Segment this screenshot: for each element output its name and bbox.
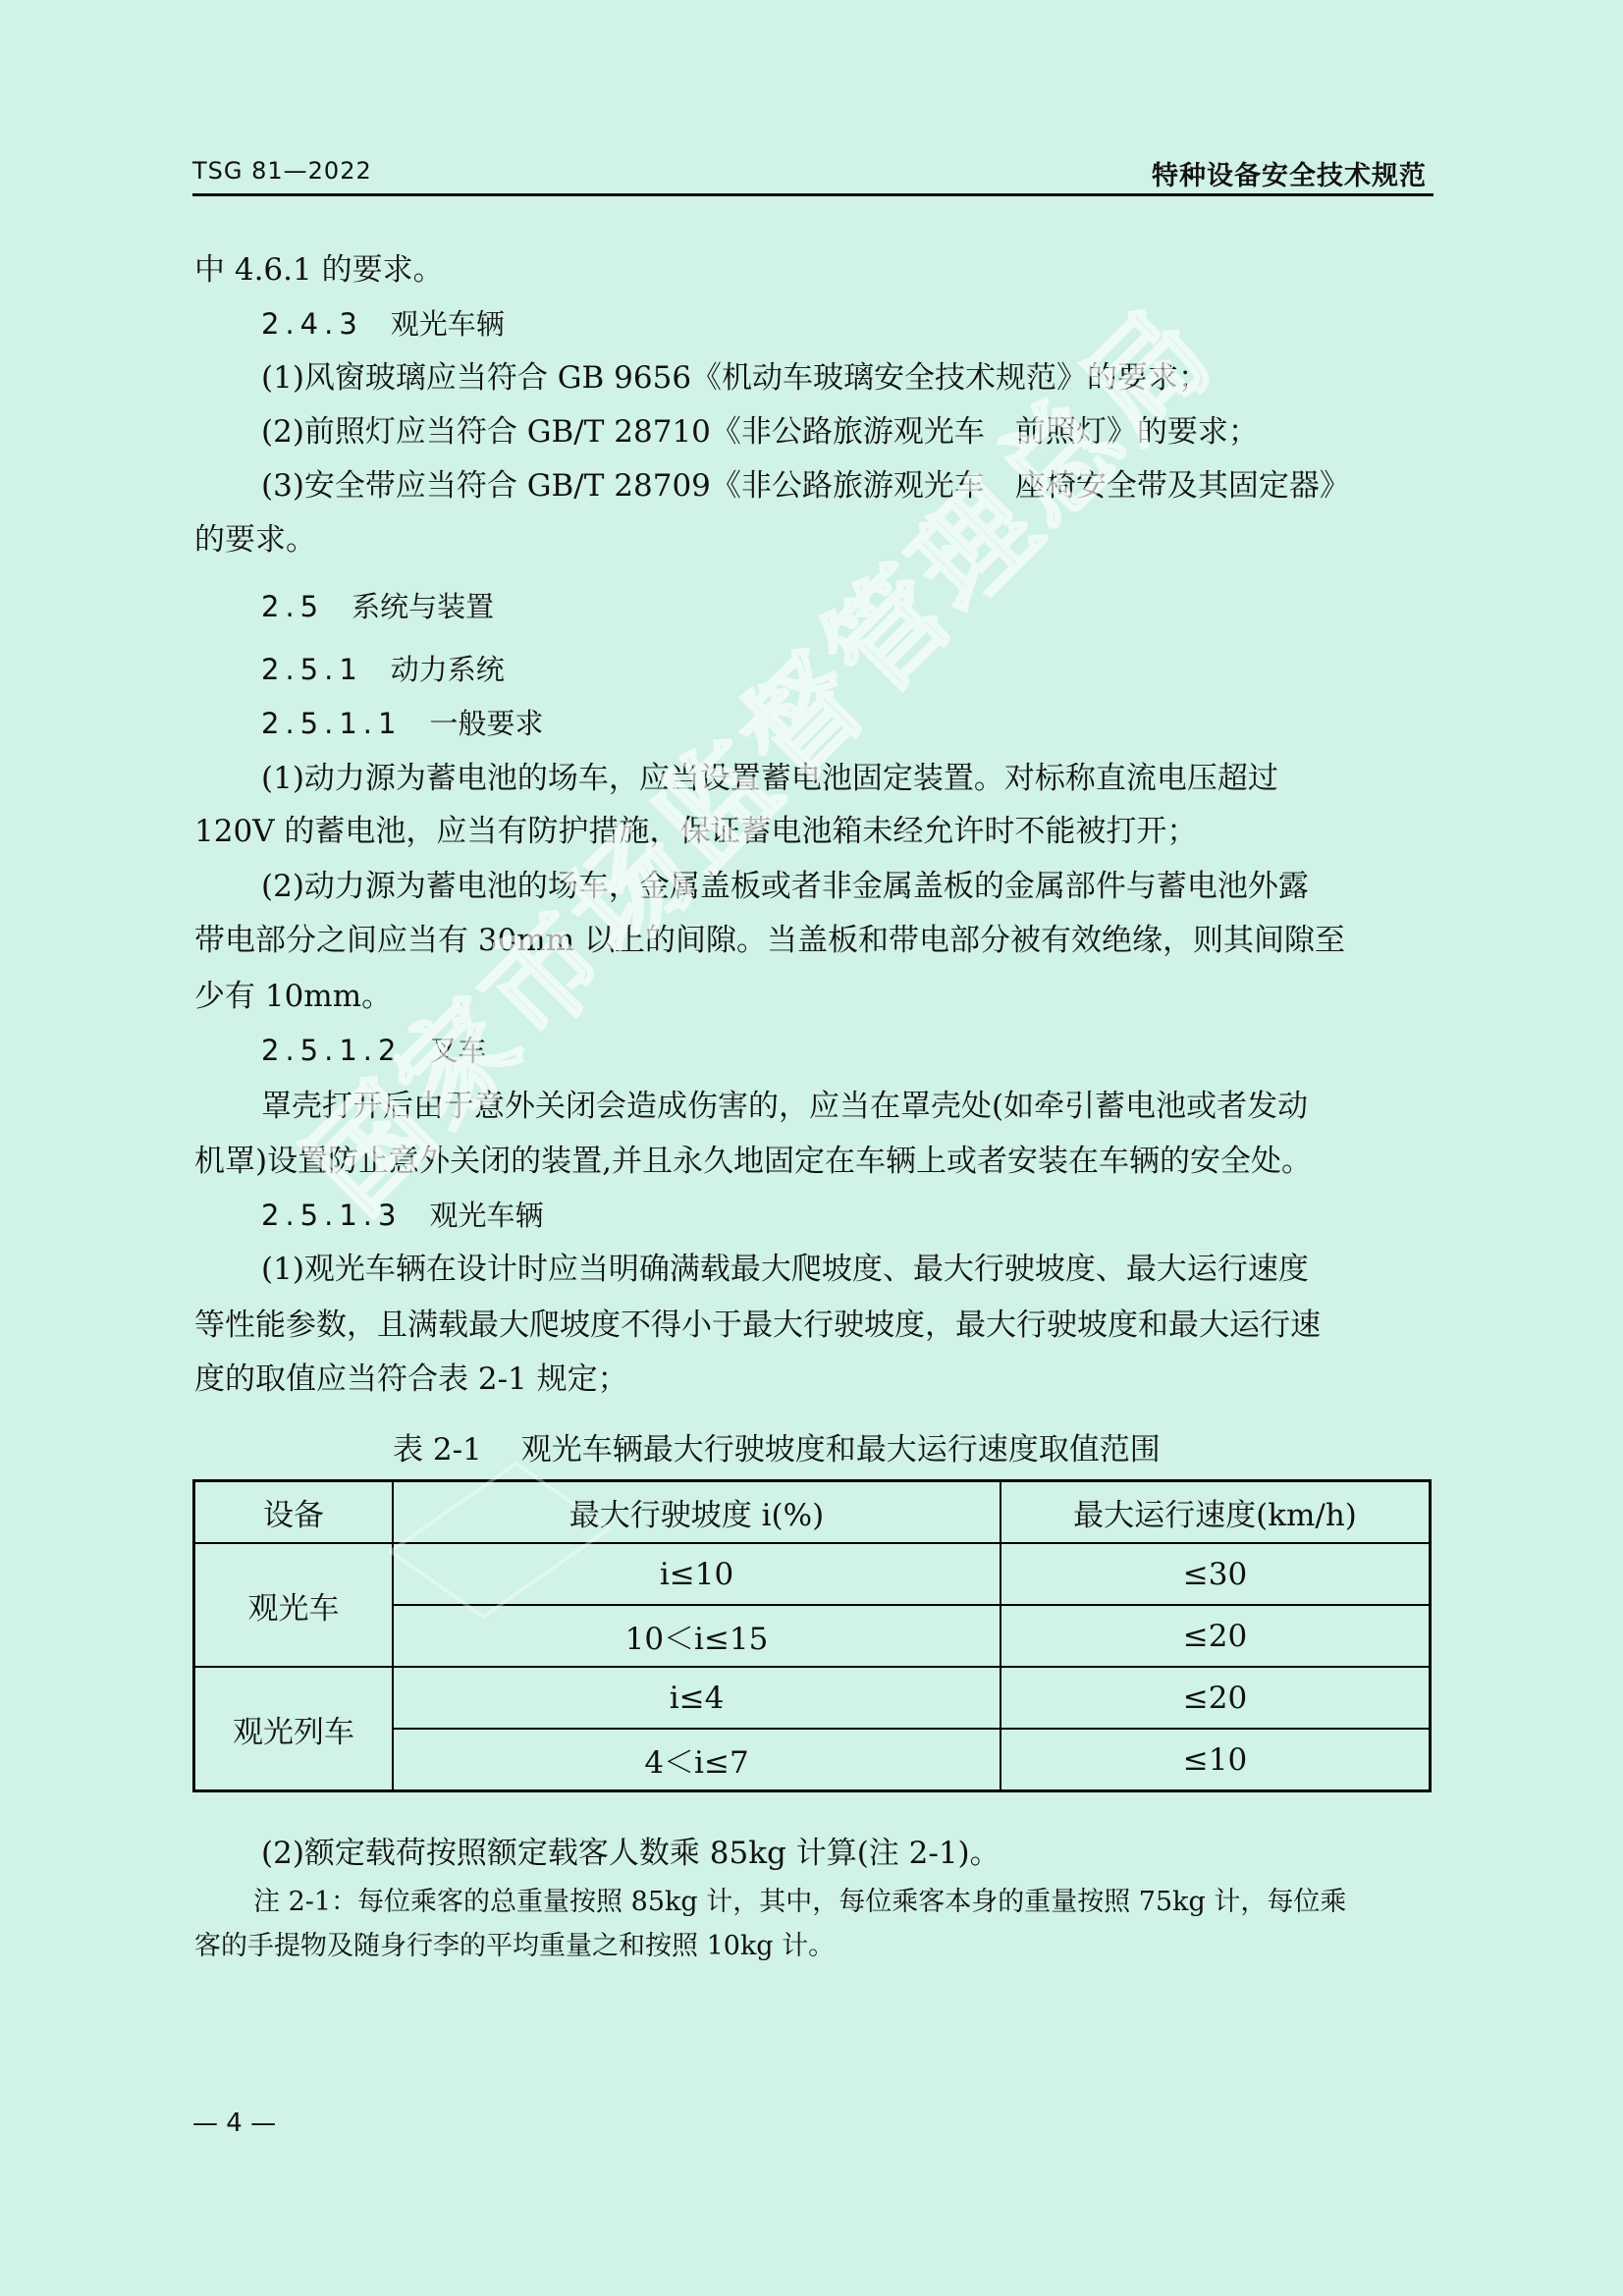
section-title: 叉车: [429, 1034, 486, 1067]
series-title: 特种设备安全技术规范: [1152, 154, 1427, 192]
section-heading-2-5: 2.5系统与装置: [261, 587, 1500, 626]
list-item: (2)动力源为蓄电池的场车，金属盖板或者非金属盖板的金属部件与蓄电池外露: [261, 867, 1500, 906]
section-title: 观光车辆: [391, 307, 505, 341]
grade-cell: i≤4: [393, 1667, 1001, 1729]
doc-code: TSG 81—2022: [192, 157, 372, 185]
paragraph-continuation: 的要求。: [194, 520, 1434, 560]
header-equipment: 设备: [194, 1481, 394, 1544]
section-number: 2.5: [261, 590, 324, 623]
list-item: (1)动力源为蓄电池的场车，应当设置蓄电池固定装置。对标称直流电压超过: [261, 759, 1500, 798]
section-number: 2.4.3: [261, 307, 363, 341]
list-item: (3)安全带应当符合 GB/T 28709《非公路旅游观光车 座椅安全带及其固定…: [261, 466, 1434, 506]
grade-cell: 10＜i≤15: [393, 1605, 1001, 1667]
paragraph-continuation: 机罩)设置防止意外关闭的装置,并且永久地固定在车辆上或者安装在车辆的安全处。: [194, 1142, 1434, 1181]
speed-grade-table: 设备 最大行驶坡度 i(%) 最大运行速度(km/h) 观光车 i≤10 ≤30…: [192, 1479, 1432, 1792]
section-title: 动力系统: [391, 653, 505, 686]
section-heading-2-5-1-2: 2.5.1.2叉车: [261, 1031, 1500, 1070]
section-title: 一般要求: [429, 707, 543, 740]
header-max-grade: 最大行驶坡度 i(%): [393, 1481, 1001, 1544]
grade-cell: i≤10: [393, 1543, 1001, 1605]
section-heading-2-4-3: 2.4.3观光车辆: [261, 304, 1500, 344]
speed-cell: ≤20: [1001, 1667, 1431, 1729]
paragraph-continuation: 少有 10mm。: [194, 977, 1434, 1016]
table-caption: 表 2-1观光车辆最大行驶坡度和最大运行速度取值范围: [393, 1430, 1161, 1469]
list-item: (2)额定载荷按照额定载客人数乘 85kg 计算(注 2-1)。: [261, 1834, 1500, 1873]
grade-cell: 4＜i≤7: [393, 1729, 1001, 1791]
section-title: 系统与装置: [352, 590, 494, 623]
section-number: 2.5.1: [261, 653, 363, 686]
note-continuation: 客的手提物及随身行李的平均重量之和按照 10kg 计。: [194, 1929, 835, 1964]
paragraph-continuation: 度的取值应当符合表 2-1 规定；: [194, 1360, 1434, 1399]
table-title: 观光车辆最大行驶坡度和最大运行速度取值范围: [521, 1432, 1161, 1468]
list-item: (1)观光车辆在设计时应当明确满载最大爬坡度、最大行驶坡度、最大运行速度: [261, 1250, 1500, 1289]
section-number: 2.5.1.1: [261, 707, 402, 740]
section-heading-2-5-1-3: 2.5.1.3观光车辆: [261, 1196, 1500, 1235]
speed-cell: ≤20: [1001, 1605, 1431, 1667]
section-number: 2.5.1.3: [261, 1199, 402, 1232]
list-item: (2)前照灯应当符合 GB/T 28710《非公路旅游观光车 前照灯》的要求；: [261, 412, 1500, 452]
table-header-row: 设备 最大行驶坡度 i(%) 最大运行速度(km/h): [194, 1481, 1431, 1544]
paragraph: 罩壳打开后由于意外关闭会造成伤害的，应当在罩壳处(如牵引蓄电池或者发动: [261, 1087, 1500, 1126]
equipment-cell: 观光列车: [194, 1667, 394, 1791]
speed-cell: ≤30: [1001, 1543, 1431, 1605]
note: 注 2-1：每位乘客的总重量按照 85kg 计，其中，每位乘客本身的重量按照 7…: [253, 1885, 1346, 1920]
section-title: 观光车辆: [429, 1199, 543, 1232]
section-heading-2-5-1: 2.5.1动力系统: [261, 650, 1500, 689]
paragraph-continuation: 等性能参数，且满载最大爬坡度不得小于最大行驶坡度，最大行驶坡度和最大运行速: [194, 1306, 1434, 1345]
section-number: 2.5.1.2: [261, 1034, 402, 1067]
paragraph-continuation: 120V 的蓄电池，应当有防护措施，保证蓄电池箱未经允许时不能被打开；: [194, 812, 1434, 851]
document-page: TSG 81—2022 特种设备安全技术规范 中 4.6.1 的要求。 2.4.…: [0, 0, 1623, 2296]
section-heading-2-5-1-1: 2.5.1.1一般要求: [261, 704, 1500, 743]
paragraph-continuation: 中 4.6.1 的要求。: [194, 250, 1434, 290]
list-item: (1)风窗玻璃应当符合 GB 9656《机动车玻璃安全技术规范》的要求；: [261, 358, 1500, 398]
equipment-cell: 观光车: [194, 1543, 394, 1667]
paragraph-continuation: 带电部分之间应当有 30mm 以上的间隙。当盖板和带电部分被有效绝缘，则其间隙至: [194, 921, 1434, 960]
header-max-speed: 最大运行速度(km/h): [1001, 1481, 1431, 1544]
page-number: — 4 —: [192, 2109, 276, 2138]
header-rule: [192, 193, 1434, 196]
table-row: 观光车 i≤10 ≤30: [194, 1543, 1431, 1605]
speed-cell: ≤10: [1001, 1729, 1431, 1791]
table-number: 表 2-1: [393, 1432, 482, 1468]
table-row: 观光列车 i≤4 ≤20: [194, 1667, 1431, 1729]
